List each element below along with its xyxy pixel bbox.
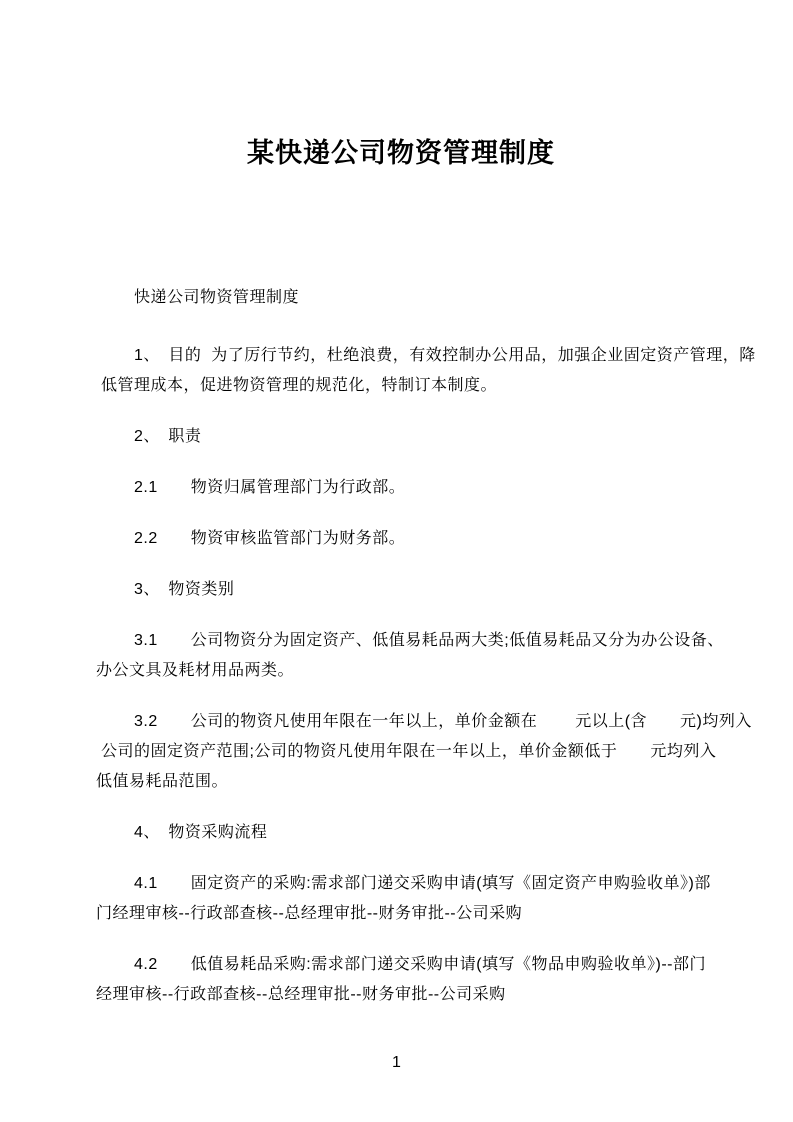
- text-line: 低管理成本，促进物资管理的规范化，特制订本制度。: [96, 371, 706, 401]
- document-content: 某快递公司物资管理制度 快递公司物资管理制度 1、 目的 为了厉行节约，杜绝浪费…: [96, 140, 706, 1010]
- text-line: 低值易耗品范围。: [96, 767, 706, 797]
- text-line: 3、 物资类别: [96, 575, 706, 605]
- text-line: 3.1 公司物资分为固定资产、低值易耗品两大类;低值易耗品又分为办公设备、: [96, 626, 706, 656]
- text-line: 1、 目的 为了厉行节约，杜绝浪费，有效控制办公用品，加强企业固定资产管理，降: [96, 341, 706, 371]
- text-line: 经理审核--行政部查核--总经理审批--财务审批--公司采购: [96, 980, 706, 1010]
- paragraph-3-1: 3.1 公司物资分为固定资产、低值易耗品两大类;低值易耗品又分为办公设备、 办公…: [96, 626, 706, 686]
- paragraph-4-1: 4.1 固定资产的采购:需求部门递交采购申请(填写《固定资产申购验收单》)部 门…: [96, 869, 706, 929]
- paragraph-4-procurement: 4、 物资采购流程: [96, 818, 706, 848]
- text-line: 2、 职责: [96, 422, 706, 452]
- paragraph-1-purpose: 1、 目的 为了厉行节约，杜绝浪费，有效控制办公用品，加强企业固定资产管理，降 …: [96, 341, 706, 401]
- page-number: 1: [0, 1048, 793, 1078]
- paragraph-3-categories: 3、 物资类别: [96, 575, 706, 605]
- text-line: 办公文具及耗材用品两类。: [96, 656, 706, 686]
- paragraph-2-duties: 2、 职责: [96, 422, 706, 452]
- text-line: 门经理审核--行政部查核--总经理审批--财务审批--公司采购: [96, 899, 706, 929]
- paragraph-2-2: 2.2 物资审核监管部门为财务部。: [96, 524, 706, 554]
- text-line: 快递公司物资管理制度: [96, 283, 706, 313]
- text-line: 4.2 低值易耗品采购:需求部门递交采购申请(填写《物品申购验收单》)--部门: [96, 950, 706, 980]
- text-line: 4.1 固定资产的采购:需求部门递交采购申请(填写《固定资产申购验收单》)部: [96, 869, 706, 899]
- text-line: 4、 物资采购流程: [96, 818, 706, 848]
- text-line: 2.1 物资归属管理部门为行政部。: [96, 473, 706, 503]
- paragraph-3-2: 3.2 公司的物资凡使用年限在一年以上，单价金额在 元以上(含 元)均列入 公司…: [96, 707, 706, 797]
- paragraph-subtitle: 快递公司物资管理制度: [96, 283, 706, 313]
- document-page: 某快递公司物资管理制度 快递公司物资管理制度 1、 目的 为了厉行节约，杜绝浪费…: [0, 0, 793, 1122]
- paragraph-2-1: 2.1 物资归属管理部门为行政部。: [96, 473, 706, 503]
- paragraph-4-2: 4.2 低值易耗品采购:需求部门递交采购申请(填写《物品申购验收单》)--部门 …: [96, 950, 706, 1010]
- document-title: 某快递公司物资管理制度: [96, 140, 706, 166]
- text-line: 公司的固定资产范围;公司的物资凡使用年限在一年以上，单价金额低于 元均列入: [96, 737, 706, 767]
- text-line: 2.2 物资审核监管部门为财务部。: [96, 524, 706, 554]
- text-line: 3.2 公司的物资凡使用年限在一年以上，单价金额在 元以上(含 元)均列入: [96, 707, 706, 737]
